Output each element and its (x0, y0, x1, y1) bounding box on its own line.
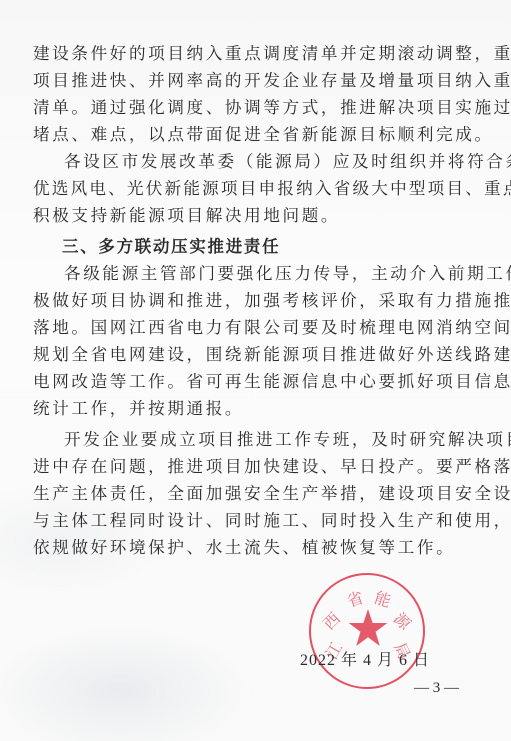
text-line: 生产主体责任，全面加强安全生产举措，建设项目安全设施必须 (33, 483, 483, 505)
official-seal: 江 西 省 能 源 局 (309, 573, 425, 689)
text-line: 积极支持新能源项目解决用地问题。 (33, 205, 483, 227)
text-line: 优选风电、光伏新能源项目申报纳入省级大中型项目、重点项目， (33, 178, 483, 200)
seal-char: 源 (389, 607, 417, 635)
star-icon (347, 607, 389, 649)
seal-char: 西 (317, 607, 345, 635)
text-line: 统计工作，并按期通报。 (33, 398, 483, 420)
text-line: 开发企业要成立项目推进工作专班，及时研究解决项目推 (64, 429, 511, 451)
text-line: 清单。通过强化调度、协调等方式，推进解决项目实施过程中的 (33, 97, 483, 119)
page-number: — 3 — (414, 680, 459, 697)
document-date: 2022 年 4 月 6 日 (300, 647, 430, 670)
text-line: 电网改造等工作。省可再生能源信息中心要抓好项目信息调度及 (33, 371, 483, 393)
text-line: 项目推进快、并网率高的开发企业存量及增量项目纳入重点调度 (33, 70, 483, 92)
text-line: 依规做好环境保护、水土流失、植被恢复等工作。 (33, 537, 483, 559)
text-line: 各级能源主管部门要强化压力传导，主动介入前期工作，积 (64, 263, 511, 285)
text-line: 进中存在问题，推进项目加快建设、早日投产。要严格落实安全 (33, 456, 483, 478)
text-line: 规划全省电网建设，围绕新能源项目推进做好外送线路建设及配 (33, 344, 483, 366)
text-line: 堵点、难点，以点带面促进全省新能源目标顺利完成。 (33, 124, 483, 146)
text-line: 各设区市发展改革委（能源局）应及时组织并将符合条件的 (64, 151, 511, 173)
text-line: 建设条件好的项目纳入重点调度清单并定期滚动调整，重点支持 (33, 43, 483, 65)
section-heading: 三、多方联动压实推进责任 (62, 236, 511, 258)
document-page: 建设条件好的项目纳入重点调度清单并定期滚动调整，重点支持 项目推进快、并网率高的… (0, 0, 511, 741)
text-line: 落地。国网江西省电力有限公司要及时梳理电网消纳空间，超前 (33, 317, 483, 339)
text-line: 极做好项目协调和推进，加强考核评价，采取有力措施推动项目 (33, 290, 483, 312)
text-line: 与主体工程同时设计、同时施工、同时投入生产和使用，并依法 (33, 510, 483, 532)
